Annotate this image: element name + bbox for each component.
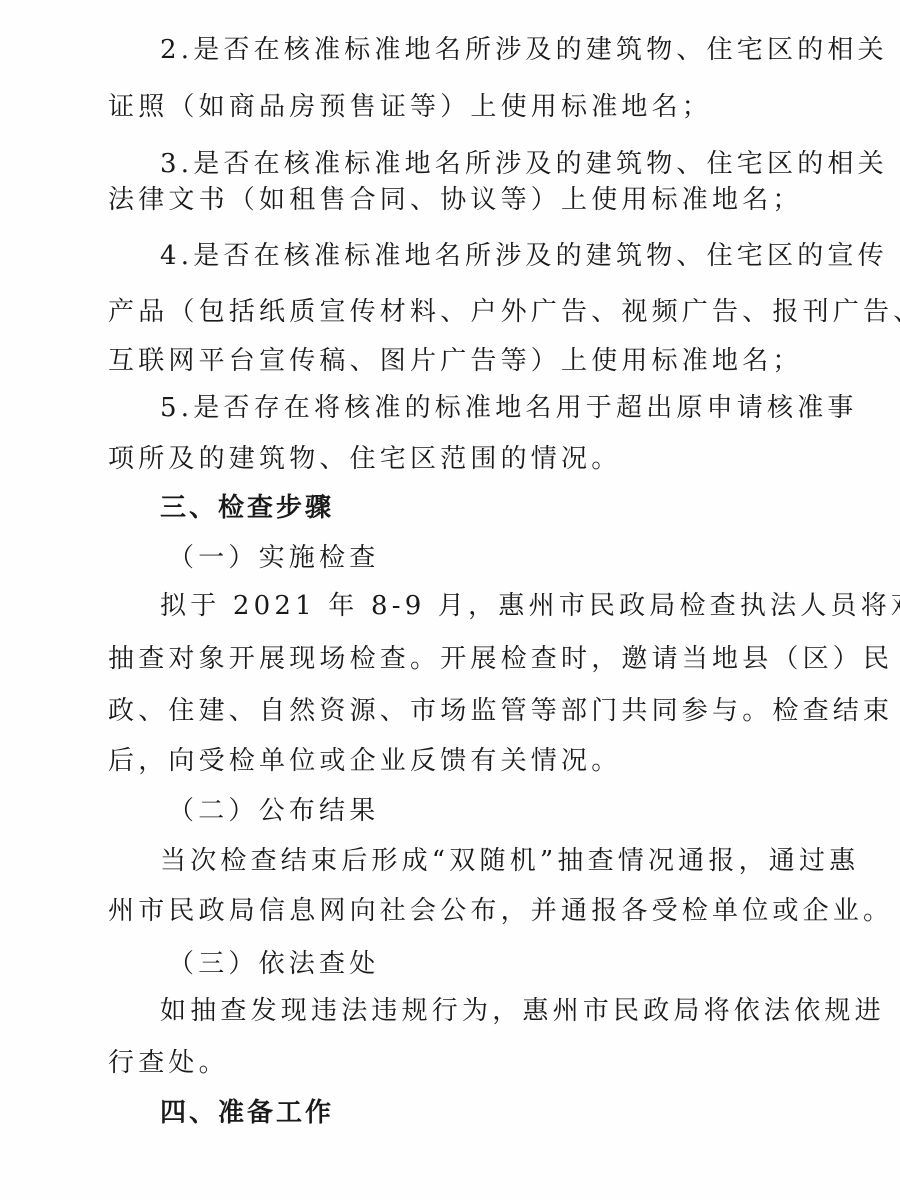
subheading-3-3: （三）依法查处 (168, 948, 888, 980)
para-3-3-line-1: 如抽查发现违法违规行为，惠州市民政局将依法依规进 (160, 995, 880, 1027)
item-4-line-3: 互联网平台宣传稿、图片广告等）上使用标准地名； (108, 345, 828, 377)
item-4-line-1: 4.是否在核准标准地名所涉及的建筑物、住宅区的宣传 (160, 240, 880, 272)
item-3-line-2: 法律文书（如租售合同、协议等）上使用标准地名； (108, 184, 828, 216)
section-heading-3: 三、检查步骤 (160, 492, 880, 524)
section-heading-4: 四、准备工作 (160, 1097, 880, 1129)
para-3-2-line-2: 州市民政局信息网向社会公布，并通报各受检单位或企业。 (108, 895, 828, 927)
item-5-line-2: 项所及的建筑物、住宅区范围的情况。 (108, 443, 828, 475)
item-4-line-2: 产品（包括纸质宣传材料、户外广告、视频广告、报刊广告、 (108, 296, 828, 328)
para-3-1-line-3: 政、住建、自然资源、市场监管等部门共同参与。检查结束 (108, 695, 828, 727)
item-2-line-2: 证照（如商品房预售证等）上使用标准地名； (108, 91, 828, 123)
para-3-1-line-4: 后，向受检单位或企业反馈有关情况。 (108, 745, 828, 777)
item-5-line-1: 5.是否存在将核准的标准地名用于超出原申请核准事 (160, 392, 880, 424)
para-3-2-line-1: 当次检查结束后形成“双随机”抽查情况通报，通过惠 (160, 845, 880, 877)
subheading-3-1: （一）实施检查 (168, 542, 888, 574)
para-3-1-line-1: 拟于 2021 年 8-9 月，惠州市民政局检查执法人员将对 (160, 590, 880, 622)
document-page: 2.是否在核准标准地名所涉及的建筑物、住宅区的相关 证照（如商品房预售证等）上使… (0, 0, 900, 1200)
para-3-3-line-2: 行查处。 (108, 1047, 828, 1079)
subheading-3-2: （二）公布结果 (168, 795, 888, 827)
item-3-line-1: 3.是否在核准标准地名所涉及的建筑物、住宅区的相关 (160, 148, 880, 180)
item-2-line-1: 2.是否在核准标准地名所涉及的建筑物、住宅区的相关 (160, 34, 880, 66)
para-3-1-line-2: 抽查对象开展现场检查。开展检查时，邀请当地县（区）民 (108, 643, 828, 675)
